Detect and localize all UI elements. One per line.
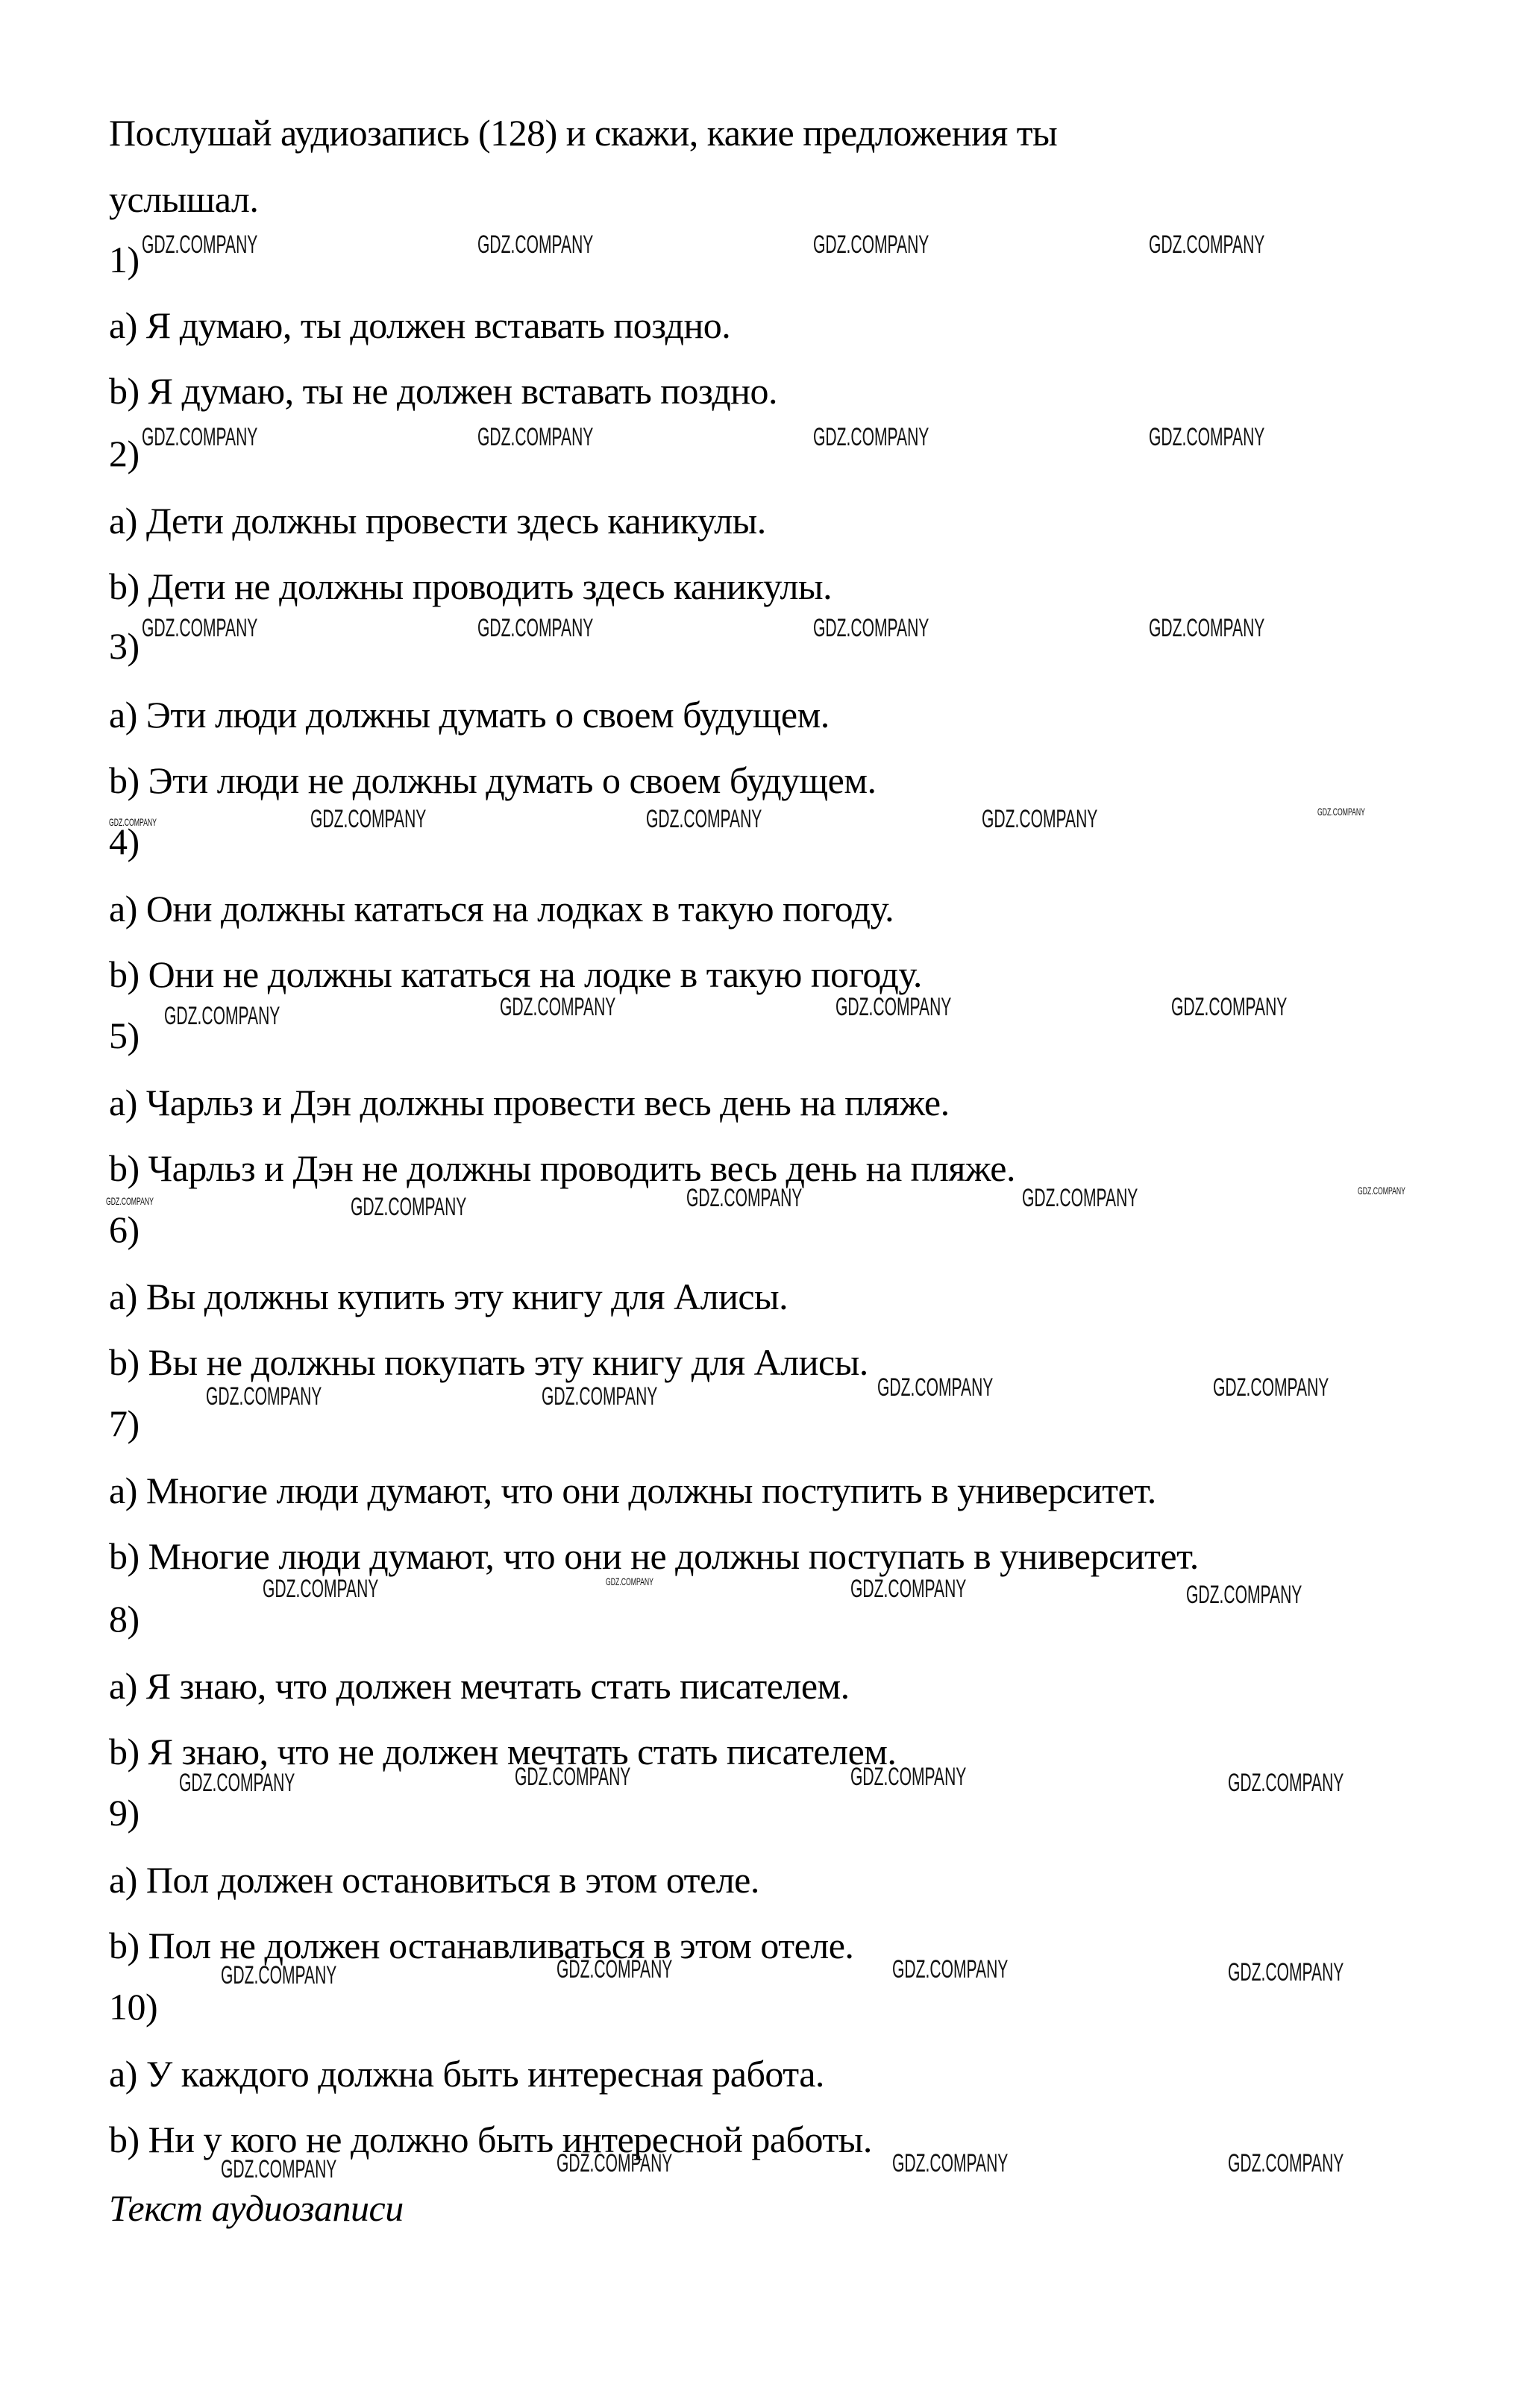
item-number: 2) — [109, 431, 139, 476]
watermark: GDZ.COMPANY — [142, 613, 257, 643]
watermark: GDZ.COMPANY — [850, 1574, 966, 1604]
watermark: GDZ.COMPANY — [263, 1574, 378, 1604]
watermark: GDZ.COMPANY — [477, 613, 593, 643]
instruction-line-1: Послушай аудиозапись (128) и скажи, каки… — [109, 110, 1057, 155]
option-a: a) Я знаю, что должен мечтать стать писа… — [109, 1664, 850, 1708]
option-b: b) Я знаю, что не должен мечтать стать п… — [109, 1729, 896, 1774]
watermark: GDZ.COMPANY — [606, 1575, 653, 1587]
option-b: b) Я думаю, ты не должен вставать поздно… — [109, 369, 777, 413]
watermark: GDZ.COMPANY — [646, 804, 762, 834]
option-b: b) Многие люди думают, что они не должны… — [109, 1534, 1199, 1578]
watermark: GDZ.COMPANY — [982, 804, 1097, 834]
watermark: GDZ.COMPANY — [850, 1762, 966, 1792]
audio-transcript-caption: Текст аудиозаписи — [109, 2186, 404, 2230]
item-number: 3) — [109, 624, 139, 668]
watermark: GDZ.COMPANY — [515, 1762, 630, 1792]
watermark: GDZ.COMPANY — [221, 2154, 336, 2184]
watermark: GDZ.COMPANY — [477, 230, 593, 260]
watermark: GDZ.COMPANY — [835, 992, 951, 1022]
watermark: GDZ.COMPANY — [142, 422, 257, 452]
watermark: GDZ.COMPANY — [813, 422, 929, 452]
watermark: GDZ.COMPANY — [542, 1382, 657, 1411]
item-number: 10) — [109, 1984, 157, 2029]
watermark: GDZ.COMPANY — [1228, 2148, 1344, 2178]
watermark: GDZ.COMPANY — [556, 2148, 672, 2178]
option-a: a) Эти люди должны думать о своем будуще… — [109, 692, 830, 737]
watermark: GDZ.COMPANY — [106, 1195, 154, 1207]
watermark: GDZ.COMPANY — [1213, 1373, 1329, 1402]
option-a: a) Пол должен остановиться в этом отеле. — [109, 1857, 759, 1902]
watermark: GDZ.COMPANY — [1358, 1185, 1405, 1197]
watermark: GDZ.COMPANY — [1317, 806, 1365, 818]
watermark: GDZ.COMPANY — [351, 1192, 466, 1222]
option-b: b) Вы не должны покупать эту книгу для А… — [109, 1340, 868, 1385]
watermark: GDZ.COMPANY — [813, 230, 929, 260]
watermark: GDZ.COMPANY — [164, 1001, 280, 1031]
watermark: GDZ.COMPANY — [1171, 992, 1287, 1022]
option-a: a) Дети должны провести здесь каникулы. — [109, 498, 766, 543]
watermark: GDZ.COMPANY — [1186, 1580, 1302, 1610]
option-a: a) Я думаю, ты должен вставать поздно. — [109, 303, 730, 348]
item-number: 6) — [109, 1207, 139, 1252]
watermark: GDZ.COMPANY — [477, 422, 593, 452]
watermark: GDZ.COMPANY — [1228, 1957, 1344, 1987]
option-a: a) Вы должны купить эту книгу для Алисы. — [109, 1274, 788, 1319]
watermark: GDZ.COMPANY — [556, 1954, 672, 1984]
watermark: GDZ.COMPANY — [1149, 422, 1264, 452]
watermark: GDZ.COMPANY — [221, 1960, 336, 1990]
watermark: GDZ.COMPANY — [686, 1183, 802, 1213]
watermark: GDZ.COMPANY — [1022, 1183, 1138, 1213]
option-b: b) Они не должны кататься на лодке в так… — [109, 952, 922, 997]
option-a: a) Чарльз и Дэн должны провести весь ден… — [109, 1080, 950, 1125]
watermark: GDZ.COMPANY — [179, 1768, 295, 1798]
watermark: GDZ.COMPANY — [500, 992, 615, 1022]
option-b: b) Эти люди не должны думать о своем буд… — [109, 758, 877, 803]
watermark: GDZ.COMPANY — [1149, 613, 1264, 643]
watermark: GDZ.COMPANY — [109, 816, 157, 828]
option-a: a) Они должны кататься на лодках в такую… — [109, 886, 894, 931]
watermark: GDZ.COMPANY — [877, 1373, 993, 1402]
option-b: b) Дети не должны проводить здесь канику… — [109, 564, 832, 609]
option-a: a) У каждого должна быть интересная рабо… — [109, 2051, 824, 2096]
item-number: 8) — [109, 1596, 139, 1641]
option-b: b) Чарльз и Дэн не должны проводить весь… — [109, 1146, 1015, 1191]
item-number: 9) — [109, 1790, 139, 1835]
watermark: GDZ.COMPANY — [892, 1954, 1008, 1984]
watermark: GDZ.COMPANY — [813, 613, 929, 643]
item-number: 1) — [109, 237, 139, 282]
watermark: GDZ.COMPANY — [1149, 230, 1264, 260]
item-number: 5) — [109, 1013, 139, 1058]
watermark: GDZ.COMPANY — [142, 230, 257, 260]
option-a: a) Многие люди думают, что они должны по… — [109, 1468, 1156, 1513]
instruction-line-2: услышал. — [109, 177, 258, 222]
watermark: GDZ.COMPANY — [206, 1382, 322, 1411]
watermark: GDZ.COMPANY — [892, 2148, 1008, 2178]
document-page: Послушай аудиозапись (128) и скажи, каки… — [0, 0, 1530, 2408]
watermark: GDZ.COMPANY — [1228, 1768, 1344, 1798]
watermark: GDZ.COMPANY — [310, 804, 426, 834]
item-number: 7) — [109, 1401, 139, 1446]
